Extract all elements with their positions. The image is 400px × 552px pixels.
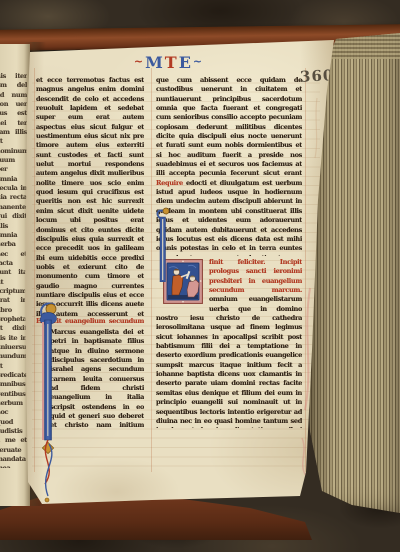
right-lead-in: finit feliciter. [209, 258, 265, 266]
left-body-top: et ecce terremotus factus est magnus ang… [36, 76, 144, 316]
facing-page-text: nis iter om del ad num con uer sus est d… [0, 72, 27, 468]
right-body-lower: finit feliciter. Incipit prologus sancti… [156, 258, 302, 428]
header-flourish-left: ~ [134, 56, 143, 67]
header-letter-t: T [165, 55, 177, 71]
pen-flourish-stem [152, 204, 174, 282]
manuscript-page: ~ M T E ~ 360 et ecce terremotus factus … [22, 38, 338, 506]
right-body-2: edocti et diuulgatum est uerbum istud ap… [156, 179, 302, 256]
column-ruling-line [305, 68, 306, 472]
right-body-top: que cum abissent ecce quidam de custodib… [156, 76, 302, 256]
illuminated-initial [36, 298, 66, 508]
text-column-right: que cum abissent ecce quidam de custodib… [156, 76, 302, 428]
header-letter-m: M [145, 55, 163, 71]
column-ruling-line [34, 68, 35, 472]
running-header: ~ M T E ~ [118, 50, 218, 76]
right-body-1: que cum abissent ecce quidam de custodib… [156, 76, 302, 177]
header-letter-e: E [179, 55, 191, 71]
header-flourish-right: ~ [193, 56, 202, 67]
manuscript-photo: nis iter om del ad num con uer sus est d… [0, 0, 400, 552]
chapter-mark: Require [156, 179, 183, 187]
right-body-3: omnium euangelistarum uerba que in domin… [156, 295, 302, 428]
